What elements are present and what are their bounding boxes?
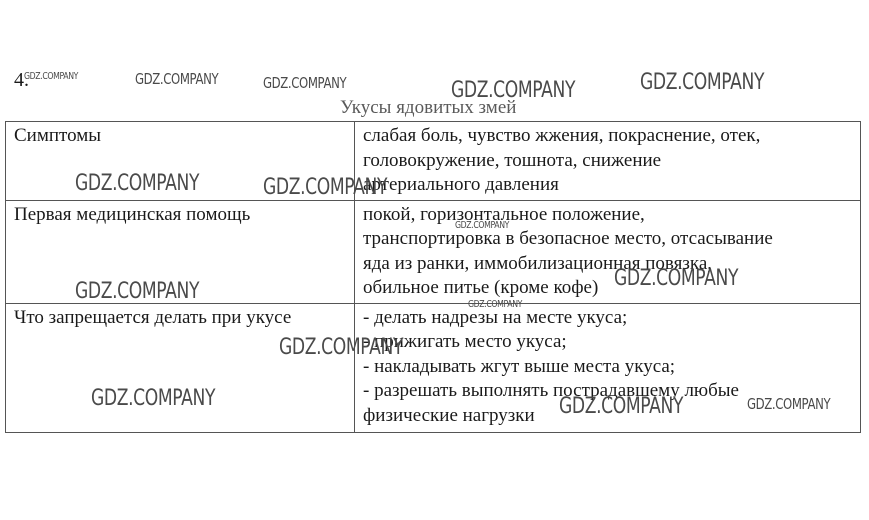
table-row-first-aid: Первая медицинская помощь покой, горизон… bbox=[6, 200, 861, 303]
content-line: - накладывать жгут выше места укуса; bbox=[363, 355, 852, 380]
content-line: - прижигать место укуса; bbox=[363, 330, 852, 355]
row-label: Первая медицинская помощь bbox=[14, 204, 250, 225]
content-line: слабая боль, чувство жжения, покраснение… bbox=[363, 124, 852, 149]
content-line: физические нагрузки bbox=[363, 404, 852, 429]
snake-bites-table: Симптомы слабая боль, чувство жжения, по… bbox=[5, 121, 861, 433]
row-label-cell: Первая медицинская помощь bbox=[6, 200, 355, 303]
content-line: - делать надрезы на месте укуса; bbox=[363, 306, 852, 331]
content-line: покой, горизонтальное положение, bbox=[363, 203, 852, 228]
row-label: Что запрещается делать при укусе bbox=[14, 307, 291, 328]
row-label-cell: Симптомы bbox=[6, 122, 355, 201]
content-line: транспортировка в безопасное место, отса… bbox=[363, 227, 852, 252]
content-line: головокружение, тошнота, снижение bbox=[363, 149, 852, 174]
row-label-cell: Что запрещается делать при укусе bbox=[6, 303, 355, 432]
table-row-forbidden: Что запрещается делать при укусе - делат… bbox=[6, 303, 861, 432]
watermark: GDZ.COMPANY bbox=[640, 70, 764, 95]
row-label: Симптомы bbox=[14, 125, 101, 146]
table-row-symptoms: Симптомы слабая боль, чувство жжения, по… bbox=[6, 122, 861, 201]
task-number: 4. bbox=[14, 68, 29, 92]
row-content-cell: покой, горизонтальное положение, транспо… bbox=[355, 200, 861, 303]
content-line: артериального давления bbox=[363, 173, 852, 198]
watermark: GDZ.COMPANY bbox=[135, 70, 218, 88]
content-line: - разрешать выполнять пострадавшему любы… bbox=[363, 379, 852, 404]
content-line: обильное питье (кроме кофе) bbox=[363, 276, 852, 301]
document-title: Укусы ядовитых змей bbox=[340, 96, 516, 120]
row-content-cell: - делать надрезы на месте укуса; - прижи… bbox=[355, 303, 861, 432]
content-line: яда из ранки, иммобилизационная повязка, bbox=[363, 252, 852, 277]
watermark: GDZ.COMPANY bbox=[24, 71, 78, 82]
row-content-cell: слабая боль, чувство жжения, покраснение… bbox=[355, 122, 861, 201]
watermark: GDZ.COMPANY bbox=[263, 74, 346, 92]
